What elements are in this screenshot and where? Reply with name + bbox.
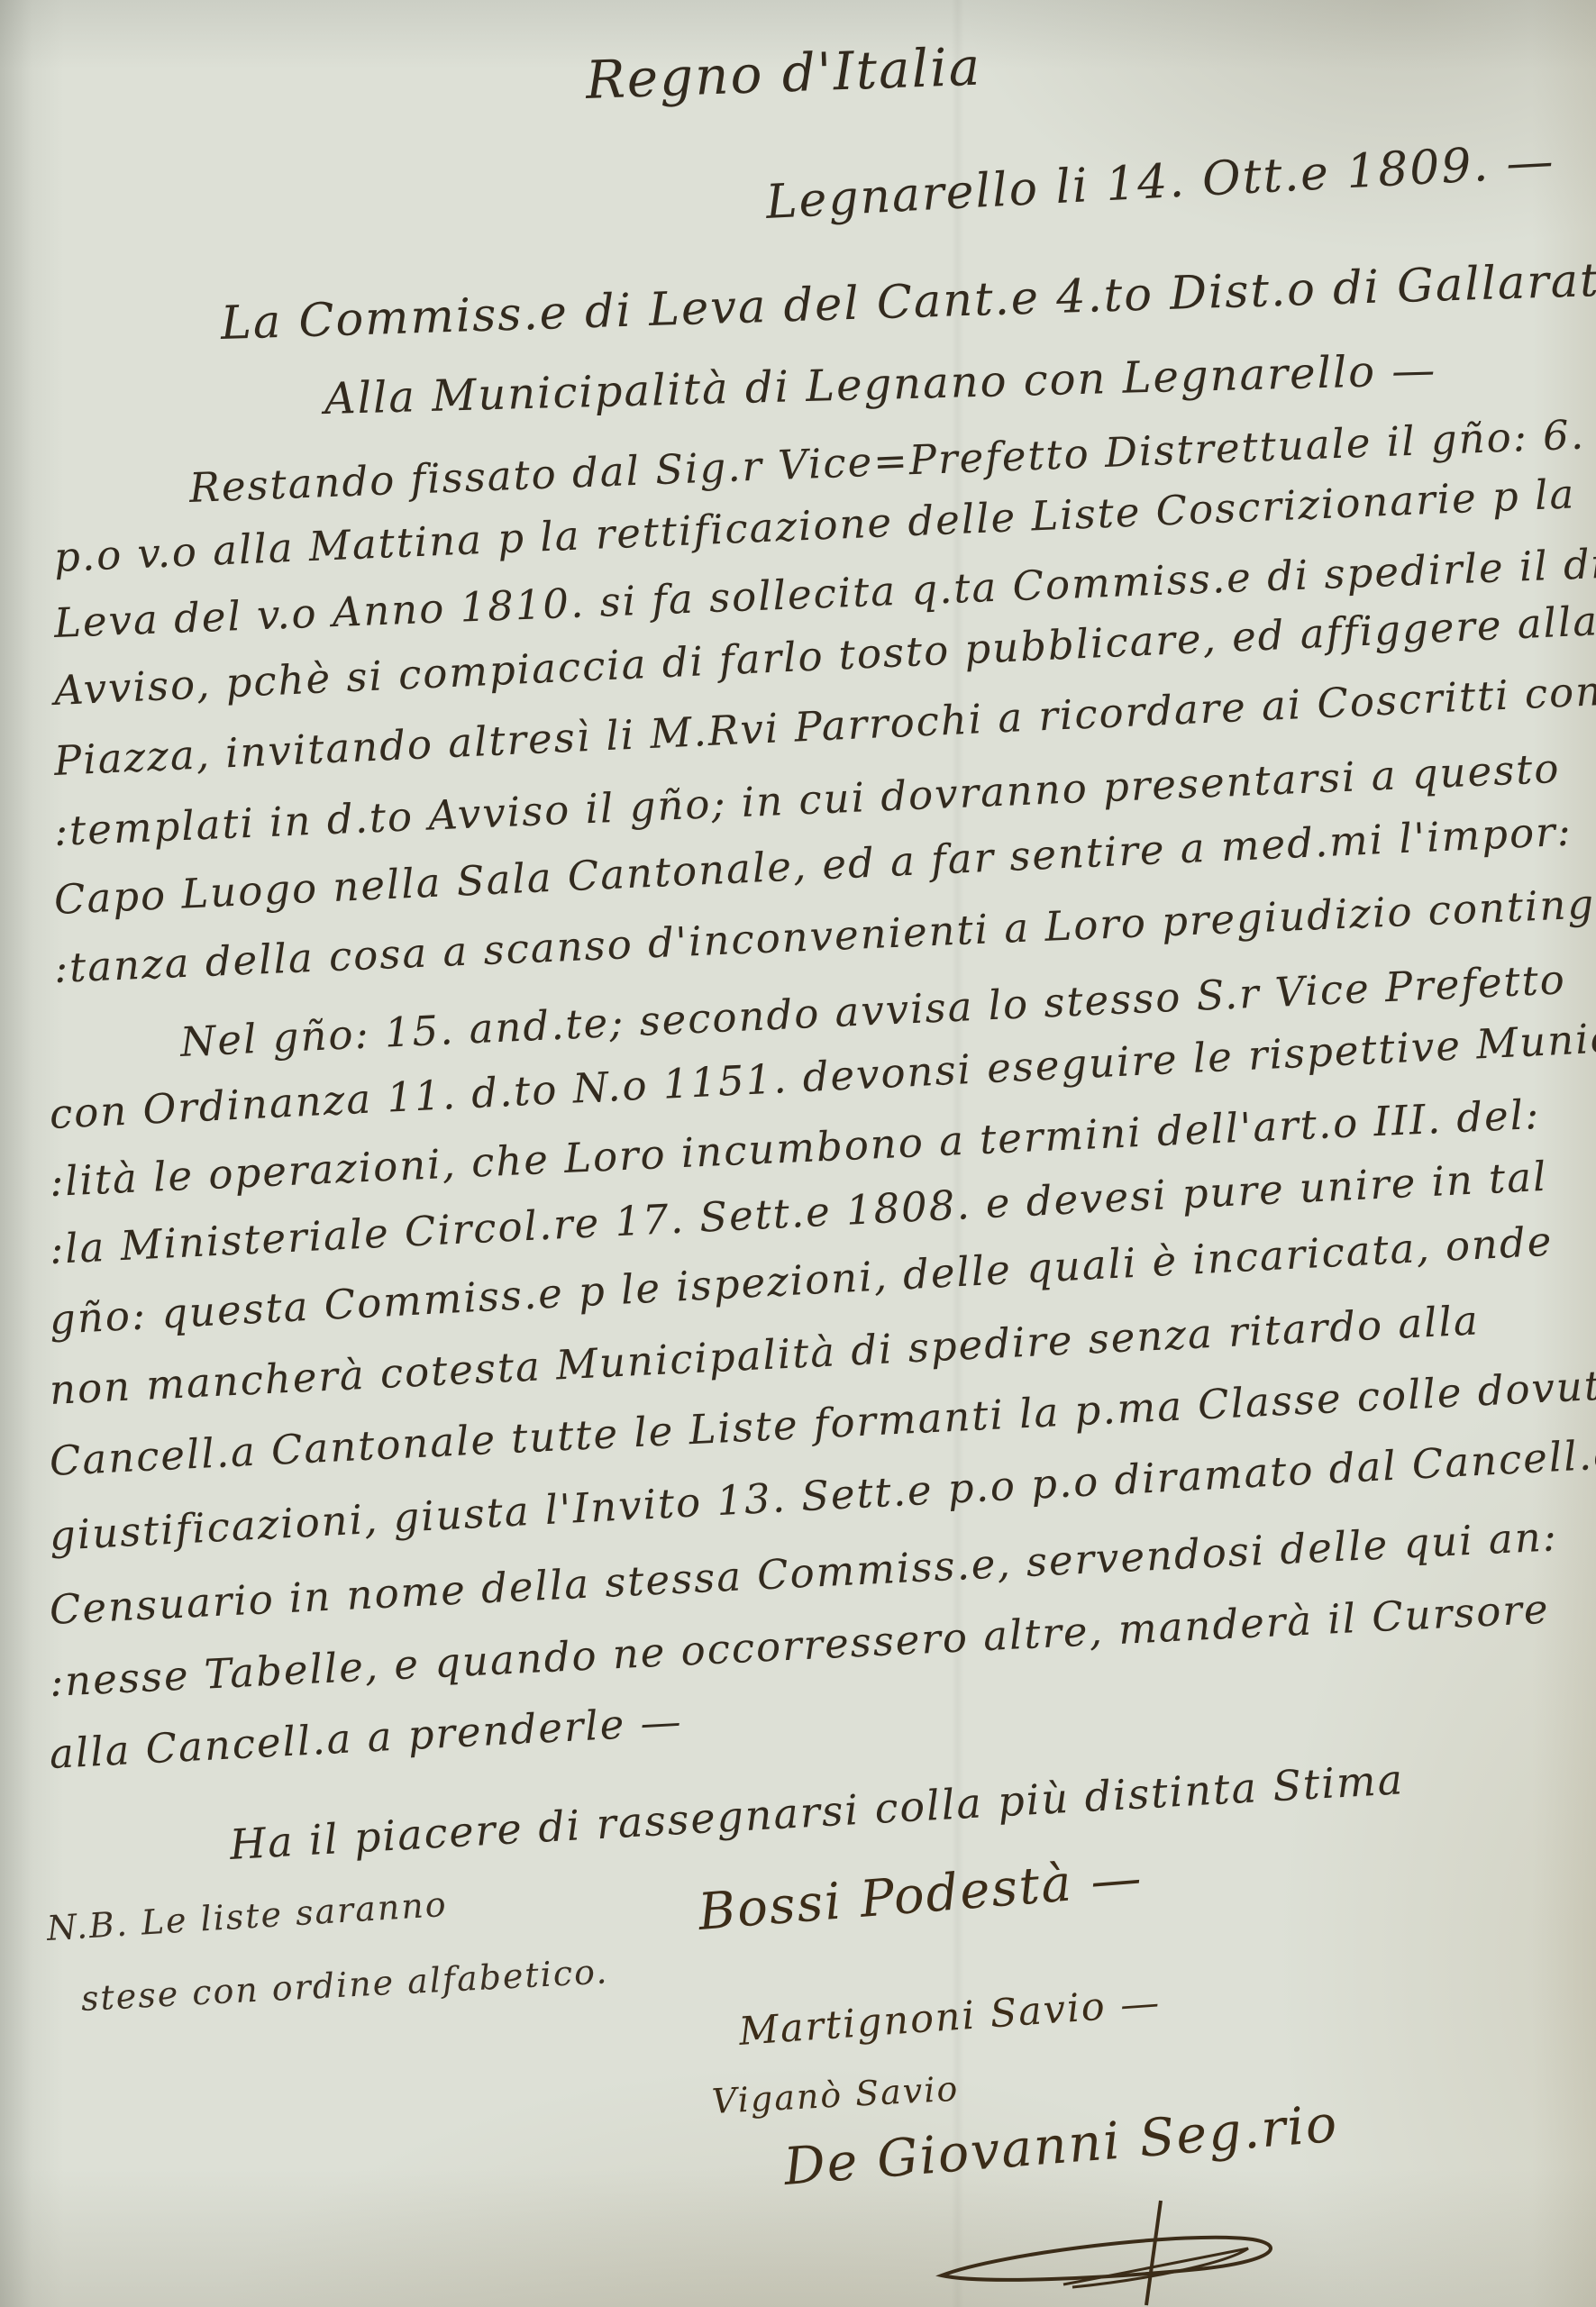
- recipient-line: Alla Municipalità di Legnano con Legnare…: [324, 345, 1437, 424]
- body-line: alla Cancell.a a prenderle —: [49, 1697, 684, 1778]
- signature-flourish: [928, 2199, 1307, 2307]
- kingdom-title: Regno d'Italia: [585, 36, 982, 111]
- manuscript-page: Regno d'Italia Legnarello li 14. Ott.e 1…: [0, 0, 1596, 2307]
- nota-bene-line: stese con ordine alfabetico.: [80, 1951, 609, 2019]
- nota-bene-line: N.B. Le liste saranno: [46, 1884, 449, 1948]
- closing-line: Ha il piacere di rassegnarsi colla più d…: [228, 1755, 1405, 1869]
- signature-savio-1: Martignoni Savio —: [737, 1980, 1163, 2055]
- signature-podesta: Bossi Podestà —: [696, 1848, 1145, 1942]
- signature-savio-2: Viganò Savio: [711, 2069, 960, 2121]
- dateline: Legnarello li 14. Ott.e 1809. —: [764, 134, 1555, 230]
- sender-line: La Commiss.e di Leva del Cant.e 4.to Dis…: [220, 251, 1596, 351]
